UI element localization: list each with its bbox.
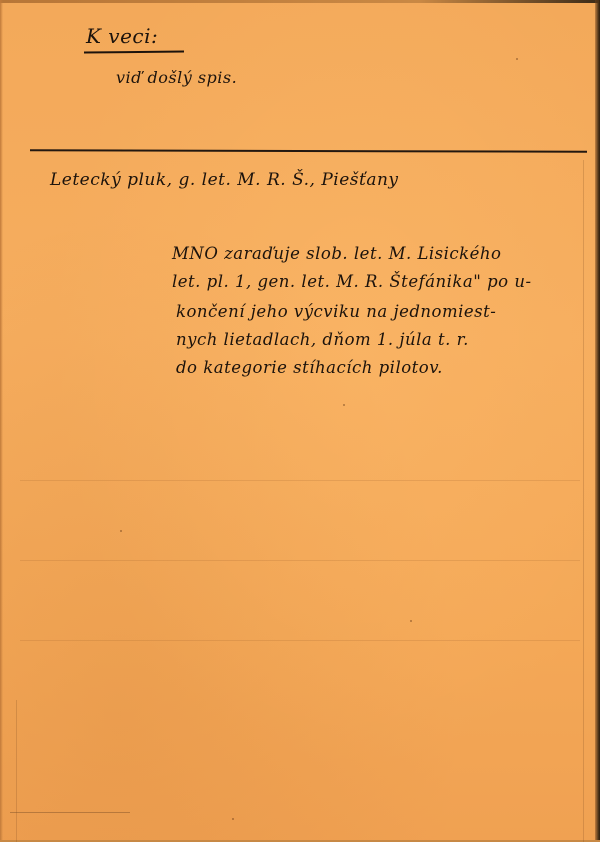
show-through-line	[20, 480, 580, 481]
body-line-5: do kategorie stíhacích pilotov.	[176, 358, 443, 377]
document-page: K veci: viď došlý spis. Letecký pluk, g.…	[0, 0, 600, 842]
show-through-margin	[16, 700, 17, 842]
paper-speck	[232, 818, 234, 820]
page-edge-right	[595, 0, 600, 842]
paper-speck	[516, 58, 518, 60]
page-edge-top	[0, 0, 600, 3]
addressee-line: Letecký pluk, g. let. M. R. Š., Piešťany	[50, 170, 399, 190]
heading-underline	[84, 50, 184, 53]
section-divider	[30, 149, 587, 152]
show-through-margin	[583, 160, 584, 842]
paper-speck	[120, 530, 122, 532]
show-through-line	[20, 640, 580, 641]
show-through-line	[10, 812, 130, 813]
page-edge-left	[0, 0, 3, 842]
body-line-1: MNO zaraďuje slob. let. M. Lisického	[172, 244, 502, 263]
paper-speck	[410, 620, 412, 622]
show-through-line	[20, 560, 580, 561]
body-line-3: končení jeho výcviku na jednomiest-	[176, 302, 496, 321]
heading-subject: K veci:	[86, 24, 158, 48]
paper-speck	[343, 404, 345, 406]
body-line-2: let. pl. 1, gen. let. M. R. Štefánika" p…	[172, 272, 532, 291]
reference-note: viď došlý spis.	[116, 68, 237, 87]
body-line-4: nych lietadlach, dňom 1. júla t. r.	[176, 330, 469, 349]
